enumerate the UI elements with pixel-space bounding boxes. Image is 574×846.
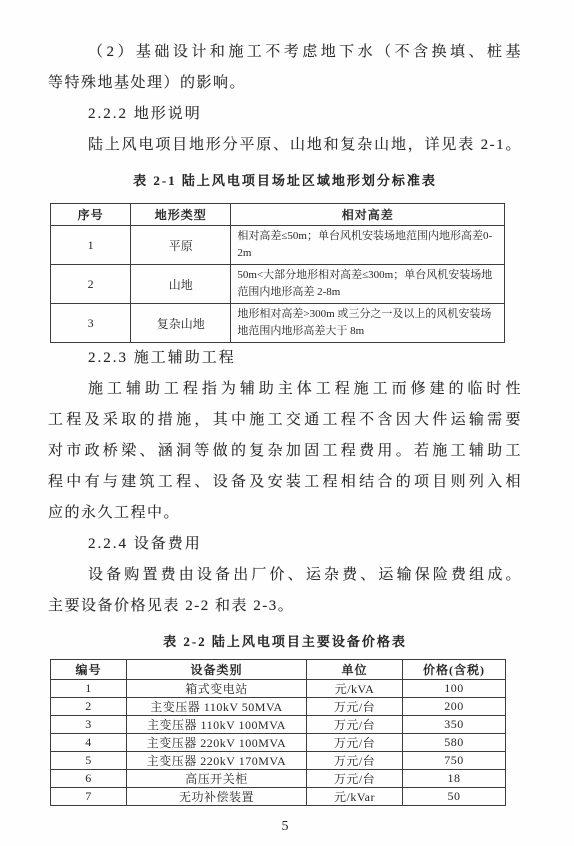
equipment-price-table: 编号 设备类别 单位 价格(含税) 1 箱式变电站 元/kVA 100 2 主变… xyxy=(50,659,506,806)
paragraph-line: 应的永久工程中。 xyxy=(48,498,522,529)
paragraph-line: 等特殊地基处理）的影响。 xyxy=(48,68,522,99)
table-row: 2 主变压器 110kV 50MVA 万元/台 200 xyxy=(51,698,506,716)
table-header-row: 编号 设备类别 单位 价格(含税) xyxy=(51,660,506,680)
section-heading-223: 2.2.3 施工辅助工程 xyxy=(48,343,522,374)
cell-equipment: 主变压器 110kV 100MVA xyxy=(127,716,307,734)
cell-price: 18 xyxy=(403,770,506,788)
cell-no: 5 xyxy=(51,752,127,770)
table-row: 3 主变压器 110kV 100MVA 万元/台 350 xyxy=(51,716,506,734)
cell-no: 1 xyxy=(51,680,127,698)
document-page: （2）基础设计和施工不考虑地下水（不含换填、桩基 等特殊地基处理）的影响。 2.… xyxy=(0,0,574,846)
cell-equipment: 无功补偿装置 xyxy=(127,788,307,806)
cell-unit: 元/kVar xyxy=(307,788,403,806)
cell-price: 50 xyxy=(403,788,506,806)
cell-equipment: 主变压器 110kV 50MVA xyxy=(127,698,307,716)
paragraph-line: 程中有与建筑工程、设备及安装工程相结合的项目则列入相 xyxy=(48,467,522,498)
paragraph-line: 工程及采取的措施，其中施工交通工程不含因大件运输需要 xyxy=(48,405,522,436)
header-cell-no: 编号 xyxy=(51,660,127,680)
paragraph-line: 设备购置费由设备出厂价、运杂费、运输保险费组成。 xyxy=(48,560,522,591)
table-2-2-title: 表 2-2 陆上风电项目主要设备价格表 xyxy=(48,630,522,654)
section-heading-224: 2.2.4 设备费用 xyxy=(48,529,522,560)
cell-no: 7 xyxy=(51,788,127,806)
cell-price: 750 xyxy=(403,752,506,770)
header-cell-price: 价格(含税) xyxy=(403,660,506,680)
paragraph-line: 施工辅助工程指为辅助主体工程施工而修建的临时性 xyxy=(48,374,522,405)
section-heading-222: 2.2.2 地形说明 xyxy=(48,99,522,130)
header-cell-no: 序号 xyxy=(51,204,131,226)
table-header-row: 序号 地形类型 相对高差 xyxy=(51,204,505,226)
cell-no: 3 xyxy=(51,304,131,343)
terrain-classification-table: 序号 地形类型 相对高差 1 平原 相对高差≤50m；单台风机安装场地范围内地形… xyxy=(50,203,505,343)
header-cell-relative-height: 相对高差 xyxy=(231,204,505,226)
table-2-1-title: 表 2-1 陆上风电项目场址区域地形划分标准表 xyxy=(48,169,522,193)
paragraph-line: （2）基础设计和施工不考虑地下水（不含换填、桩基 xyxy=(48,37,522,68)
cell-equipment: 主变压器 220kV 170MVA xyxy=(127,752,307,770)
table-row: 1 平原 相对高差≤50m；单台风机安装场地范围内地形高差0-2m xyxy=(51,226,505,265)
cell-price: 100 xyxy=(403,680,506,698)
cell-unit: 万元/台 xyxy=(307,734,403,752)
page-number: 5 xyxy=(48,819,522,835)
header-cell-equipment-type: 设备类别 xyxy=(127,660,307,680)
cell-equipment: 主变压器 220kV 100MVA xyxy=(127,734,307,752)
table-row: 2 山地 50m<大部分地形相对高差≤300m；单台风机安装场地范围内地形高差 … xyxy=(51,265,505,304)
table-row: 7 无功补偿装置 元/kVar 50 xyxy=(51,788,506,806)
table-row: 6 高压开关柜 万元/台 18 xyxy=(51,770,506,788)
paragraph-line: 对市政桥梁、涵洞等做的复杂加固工程费用。若施工辅助工 xyxy=(48,436,522,467)
cell-price: 580 xyxy=(403,734,506,752)
table-row: 5 主变压器 220kV 170MVA 万元/台 750 xyxy=(51,752,506,770)
cell-no: 2 xyxy=(51,265,131,304)
cell-unit: 万元/台 xyxy=(307,698,403,716)
header-cell-terrain-type: 地形类型 xyxy=(131,204,231,226)
table-row: 4 主变压器 220kV 100MVA 万元/台 580 xyxy=(51,734,506,752)
cell-unit: 元/kVA xyxy=(307,680,403,698)
table-row: 3 复杂山地 地形相对高差>300m 或三分之一及以上的风机安装场地范围内地形高… xyxy=(51,304,505,343)
document-content: （2）基础设计和施工不考虑地下水（不含换填、桩基 等特殊地基处理）的影响。 2.… xyxy=(0,0,574,835)
cell-price: 350 xyxy=(403,716,506,734)
cell-terrain-type: 复杂山地 xyxy=(131,304,231,343)
cell-no: 1 xyxy=(51,226,131,265)
cell-no: 4 xyxy=(51,734,127,752)
cell-unit: 万元/台 xyxy=(307,716,403,734)
cell-equipment: 高压开关柜 xyxy=(127,770,307,788)
cell-no: 3 xyxy=(51,716,127,734)
cell-unit: 万元/台 xyxy=(307,770,403,788)
cell-description: 相对高差≤50m；单台风机安装场地范围内地形高差0-2m xyxy=(231,226,505,265)
cell-no: 6 xyxy=(51,770,127,788)
table-row: 1 箱式变电站 元/kVA 100 xyxy=(51,680,506,698)
header-cell-unit: 单位 xyxy=(307,660,403,680)
paragraph-line: 陆上风电项目地形分平原、山地和复杂山地，详见表 2-1。 xyxy=(48,130,522,161)
cell-terrain-type: 山地 xyxy=(131,265,231,304)
cell-no: 2 xyxy=(51,698,127,716)
cell-description: 地形相对高差>300m 或三分之一及以上的风机安装场地范围内地形高差大于 8m xyxy=(231,304,505,343)
cell-terrain-type: 平原 xyxy=(131,226,231,265)
cell-description: 50m<大部分地形相对高差≤300m；单台风机安装场地范围内地形高差 2-8m xyxy=(231,265,505,304)
paragraph-line: 主要设备价格见表 2-2 和表 2-3。 xyxy=(48,591,522,622)
cell-price: 200 xyxy=(403,698,506,716)
cell-equipment: 箱式变电站 xyxy=(127,680,307,698)
cell-unit: 万元/台 xyxy=(307,752,403,770)
